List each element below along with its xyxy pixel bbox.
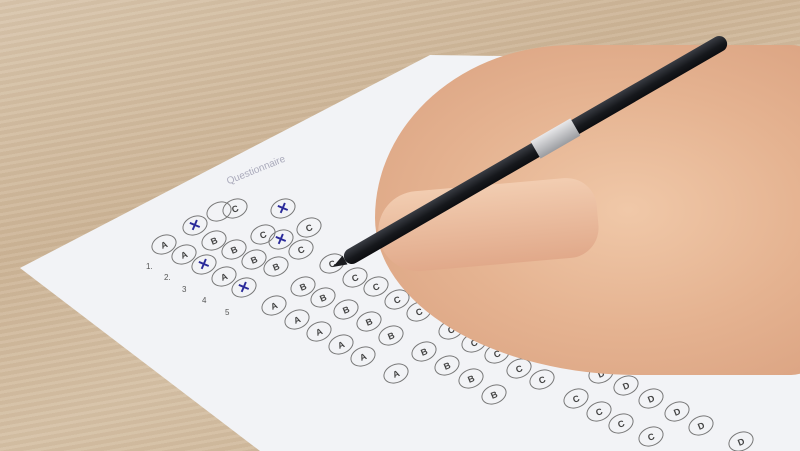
question-number: 5 <box>225 308 229 317</box>
question-number: 2. <box>164 273 171 282</box>
photo-scene: Questionnaire AABCBCABCBCCBCCDABCDABCDAB… <box>0 0 800 451</box>
question-number: 3 <box>182 285 186 294</box>
question-number: 1. <box>146 262 153 271</box>
question-number: 4 <box>202 296 206 305</box>
